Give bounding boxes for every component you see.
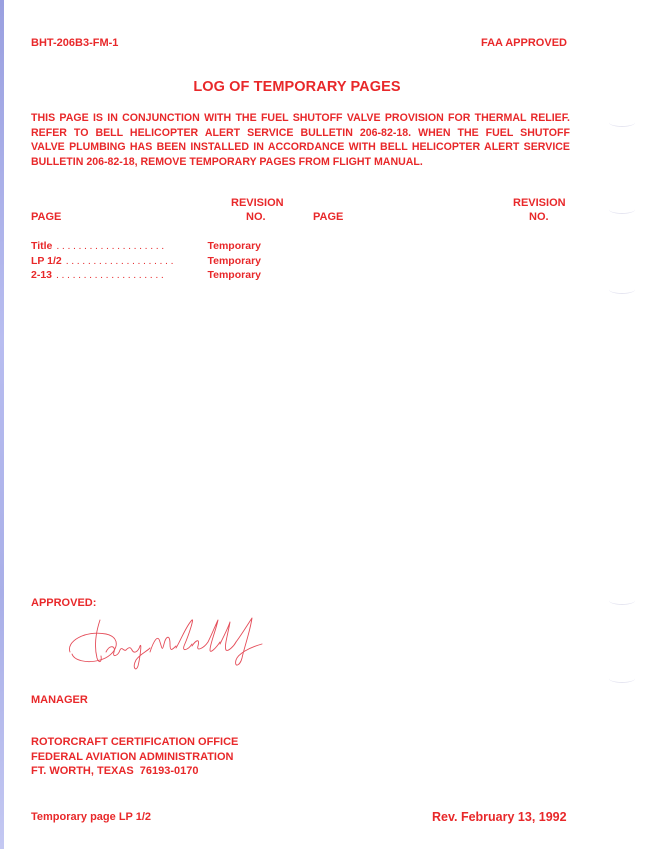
office-line: FT. WORTH, TEXAS 76193-0170 bbox=[31, 764, 238, 779]
column-header-revision-no: NO. bbox=[529, 211, 549, 223]
document-id: BHT-206B3-FM-1 bbox=[31, 37, 118, 49]
table-row: 2-13 .................... Temporary bbox=[31, 268, 261, 283]
page-title: LOG OF TEMPORARY PAGES bbox=[0, 79, 594, 95]
dot-leader: .................... bbox=[66, 254, 208, 269]
punch-hole-mark bbox=[609, 285, 635, 294]
notice-line: THIS PAGE IS IN CONJUNCTION WITH THE FUE… bbox=[31, 111, 570, 126]
revision-cell: Temporary bbox=[208, 268, 262, 283]
office-line: ROTORCRAFT CERTIFICATION OFFICE bbox=[31, 735, 238, 750]
column-header-page: PAGE bbox=[313, 211, 343, 223]
signature-icon bbox=[66, 612, 266, 672]
punch-hole-mark bbox=[609, 118, 635, 127]
revision-cell: Temporary bbox=[208, 254, 262, 269]
notice-line: BULLETIN 206-82-18, REMOVE TEMPORARY PAG… bbox=[31, 155, 570, 170]
table-row: LP 1/2 .................... Temporary bbox=[31, 254, 261, 269]
manager-title: MANAGER bbox=[31, 694, 88, 706]
temporary-pages-list: Title .................... Temporary LP … bbox=[31, 239, 261, 283]
revision-cell: Temporary bbox=[208, 239, 262, 254]
punch-hole-mark bbox=[609, 205, 635, 214]
column-header-revision: REVISION bbox=[513, 197, 566, 209]
notice-paragraph: THIS PAGE IS IN CONJUNCTION WITH THE FUE… bbox=[31, 111, 570, 169]
page-cell: LP 1/2 bbox=[31, 254, 66, 269]
table-row: Title .................... Temporary bbox=[31, 239, 261, 254]
punch-hole-mark bbox=[609, 596, 635, 605]
scan-edge bbox=[0, 0, 4, 849]
office-line: FEDERAL AVIATION ADMINISTRATION bbox=[31, 750, 238, 765]
dot-leader: .................... bbox=[56, 268, 207, 283]
approved-label: APPROVED: bbox=[31, 597, 96, 609]
column-header-revision: REVISION bbox=[231, 197, 284, 209]
notice-line: VALVE PLUMBING HAS BEEN INSTALLED IN ACC… bbox=[31, 140, 570, 155]
notice-line: REFER TO BELL HELICOPTER ALERT SERVICE B… bbox=[31, 126, 570, 141]
punch-hole-mark bbox=[609, 674, 635, 683]
faa-approved-label: FAA APPROVED bbox=[481, 37, 567, 49]
footer-revision-date: Rev. February 13, 1992 bbox=[432, 810, 567, 824]
dot-leader: .................... bbox=[56, 239, 207, 254]
page-cell: 2-13 bbox=[31, 268, 56, 283]
column-header-revision-no: NO. bbox=[246, 211, 266, 223]
footer-page-label: Temporary page LP 1/2 bbox=[31, 811, 151, 823]
column-header-page: PAGE bbox=[31, 211, 61, 223]
page-cell: Title bbox=[31, 239, 56, 254]
office-address: ROTORCRAFT CERTIFICATION OFFICE FEDERAL … bbox=[31, 735, 238, 779]
